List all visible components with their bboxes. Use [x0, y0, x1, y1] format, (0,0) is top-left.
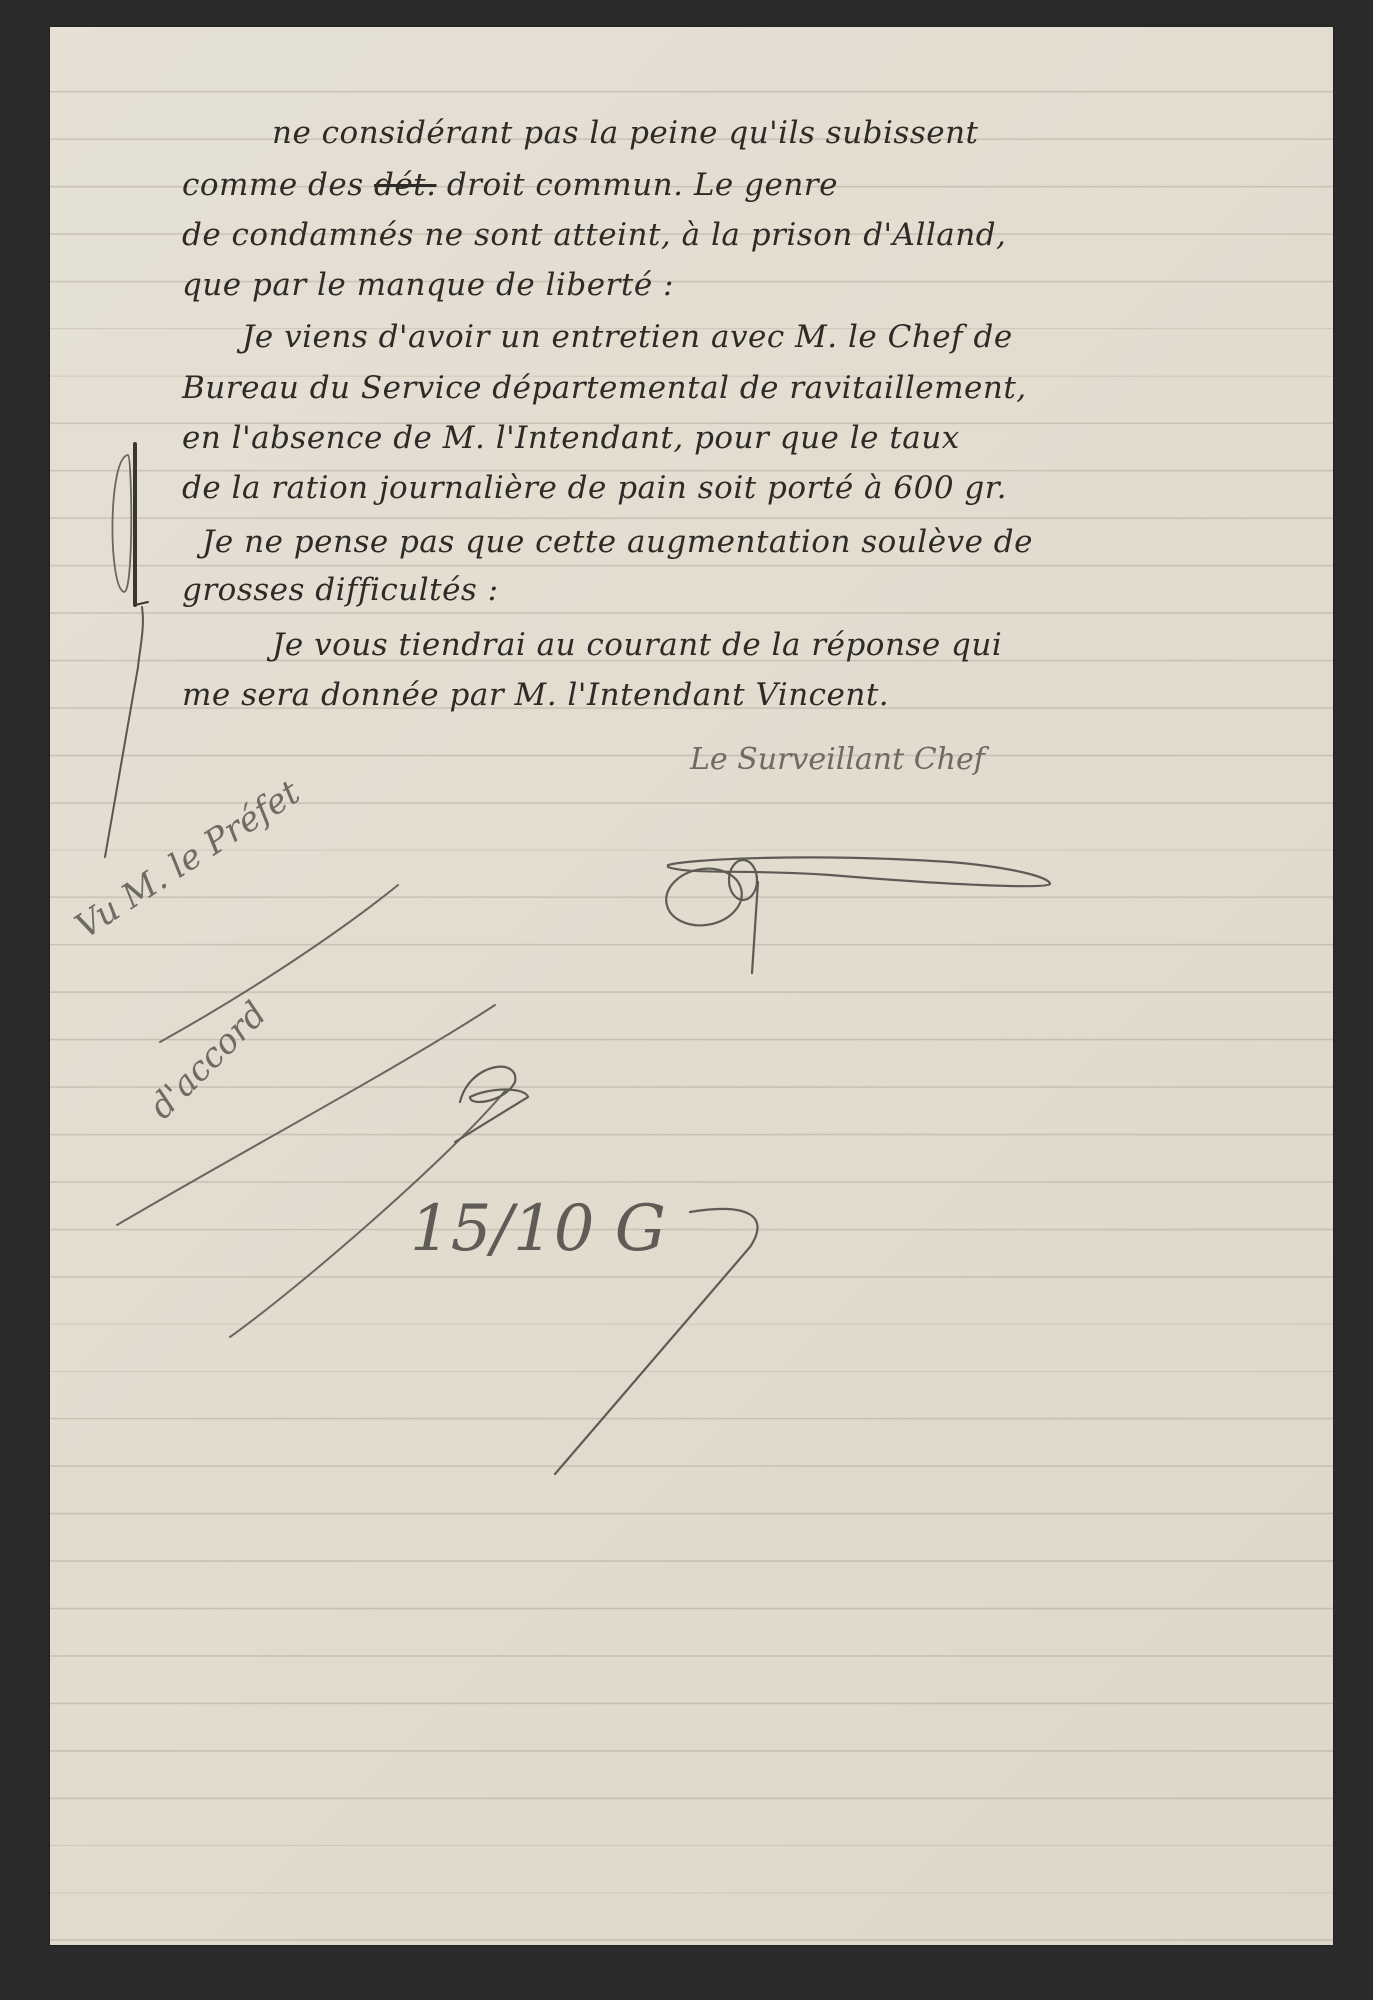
date-slash-icon: [555, 1209, 758, 1474]
initials-icon: [455, 1067, 528, 1142]
pencil-underline-icon: [117, 885, 505, 1337]
letter-page: ne considérant pas la peine qu'ils subis…: [50, 27, 1333, 1945]
margin-bracket-icon: [105, 444, 148, 857]
signature-icon: [662, 857, 1050, 973]
pen-strokes: [50, 27, 1333, 1945]
